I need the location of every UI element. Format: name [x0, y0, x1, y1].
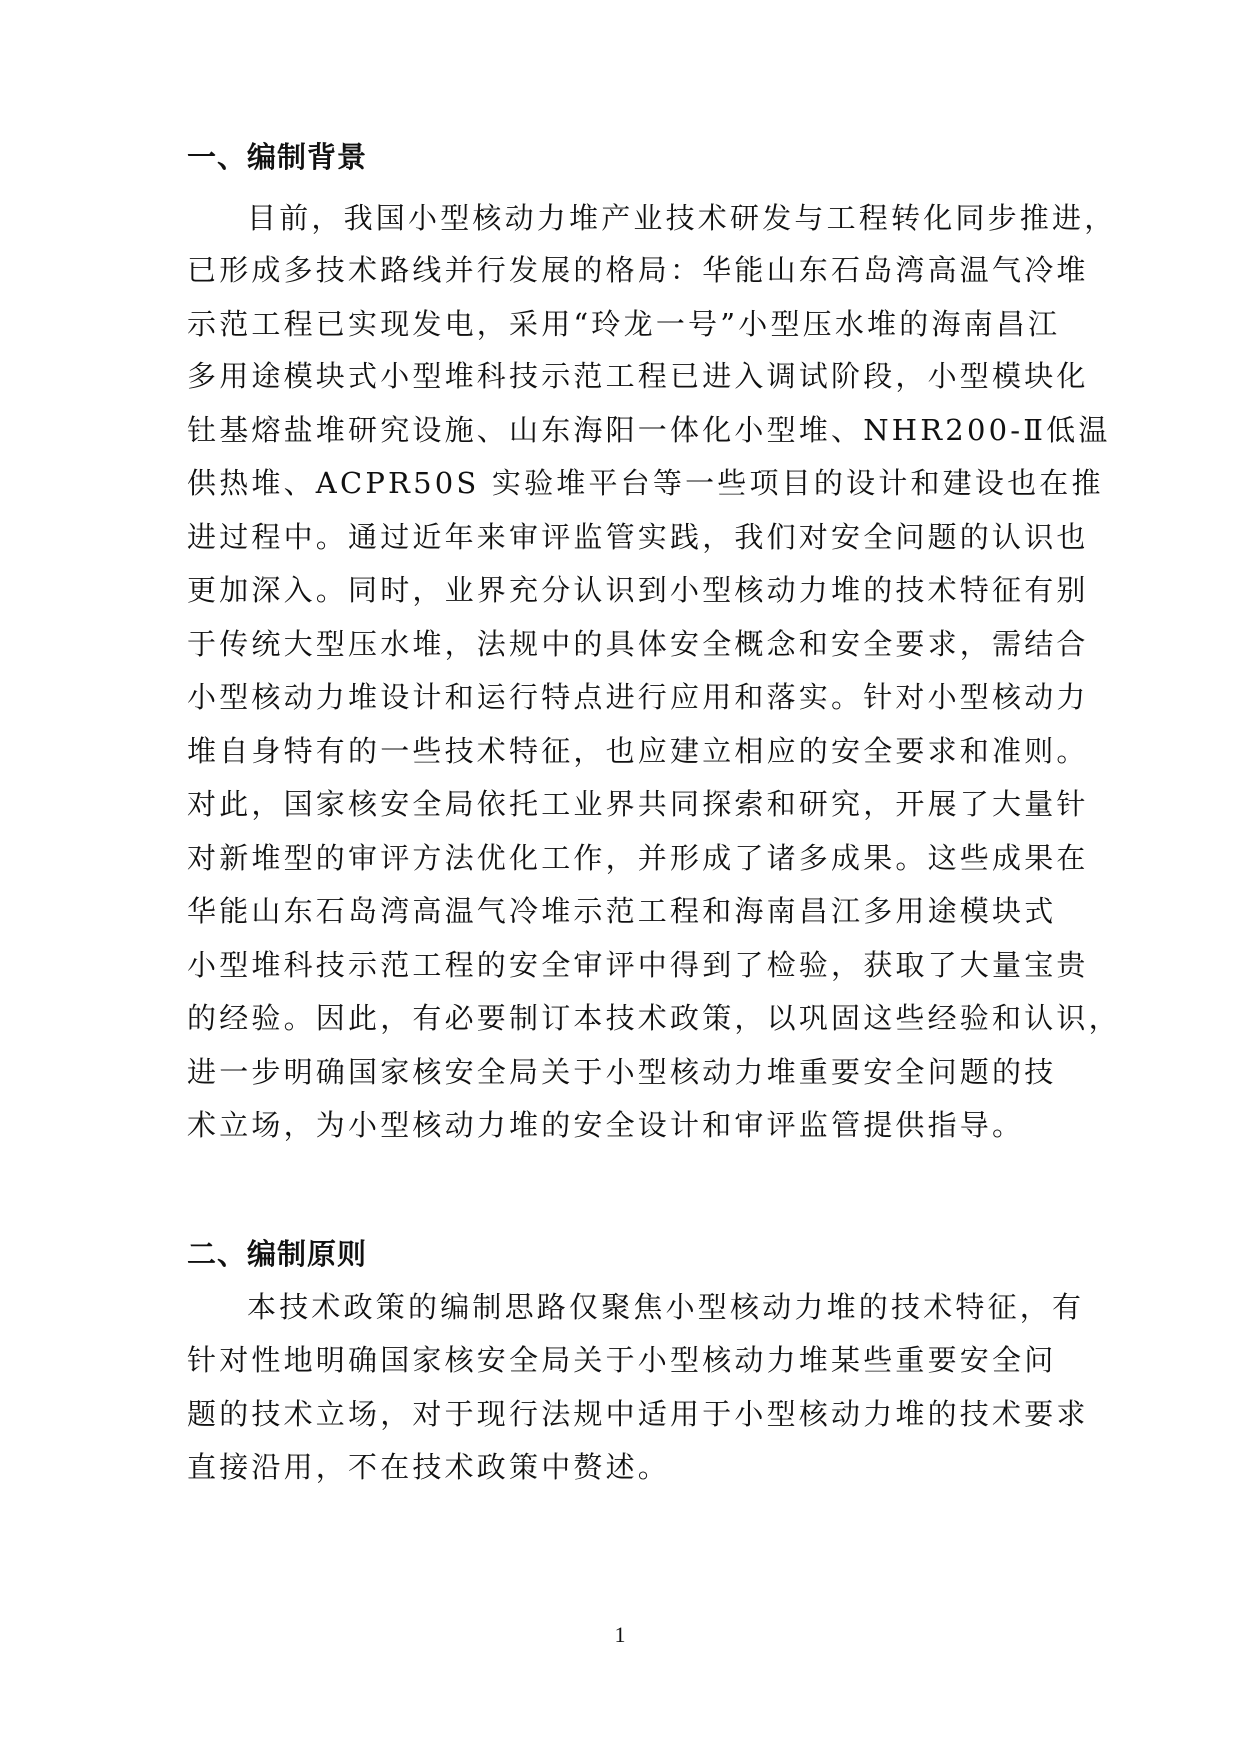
paragraph-line: 堆自身特有的一些技术特征，也应建立相应的安全要求和准则。 [187, 731, 1089, 771]
paragraph-line: 直接沿用，不在技术政策中赘述。 [187, 1447, 670, 1487]
paragraph-line: 题的技术立场，对于现行法规中适用于小型核动力堆的技术要求 [187, 1394, 1089, 1434]
paragraph-line: 针对性地明确国家核安全局关于小型核动力堆某些重要安全问 [187, 1340, 1056, 1380]
paragraph-line: 术立场，为小型核动力堆的安全设计和审评监管提供指导。 [187, 1105, 1024, 1145]
paragraph-line: 多用途模块式小型堆科技示范工程已进入调试阶段，小型模块化 [187, 356, 1089, 396]
paragraph-line: 于传统大型压水堆，法规中的具体安全概念和安全要求，需结合 [187, 624, 1089, 664]
paragraph-line: 华能山东石岛湾高温气冷堆示范工程和海南昌江多用途模块式 [187, 891, 1056, 931]
paragraph-line: 进过程中。通过近年来审评监管实践，我们对安全问题的认识也 [187, 517, 1089, 557]
paragraph-line: 供热堆、ACPR50S 实验堆平台等一些项目的设计和建设也在推 [187, 463, 1104, 503]
paragraph-line: 小型核动力堆设计和运行特点进行应用和落实。针对小型核动力 [187, 677, 1089, 717]
paragraph-line: 目前，我国小型核动力堆产业技术研发与工程转化同步推进， [247, 198, 1116, 238]
paragraph-line: 示范工程已实现发电，采用“玲龙一号”小型压水堆的海南昌江 [187, 304, 1060, 344]
document-page: 一、编制背景 目前，我国小型核动力堆产业技术研发与工程转化同步推进， 已形成多技… [0, 0, 1240, 1753]
paragraph-line: 更加深入。同时，业界充分认识到小型核动力堆的技术特征有别 [187, 570, 1089, 610]
section-heading-principles: 二、编制原则 [187, 1234, 367, 1274]
paragraph-line: 的经验。因此，有必要制订本技术政策，以巩固这些经验和认识， [187, 998, 1121, 1038]
page-number: 1 [0, 1622, 1240, 1648]
paragraph-line: 对新堆型的审评方法优化工作，并形成了诸多成果。这些成果在 [187, 838, 1089, 878]
paragraph-line: 已形成多技术路线并行发展的格局：华能山东石岛湾高温气冷堆 [187, 250, 1089, 290]
paragraph-line: 钍基熔盐堆研究设施、山东海阳一体化小型堆、NHR200-Ⅱ低温 [187, 410, 1111, 450]
paragraph-line: 对此，国家核安全局依托工业界共同探索和研究，开展了大量针 [187, 784, 1089, 824]
section-heading-background: 一、编制背景 [187, 137, 367, 177]
paragraph-line: 本技术政策的编制思路仅聚焦小型核动力堆的技术特征，有 [247, 1287, 1084, 1327]
paragraph-line: 进一步明确国家核安全局关于小型核动力堆重要安全问题的技 [187, 1052, 1056, 1092]
paragraph-line: 小型堆科技示范工程的安全审评中得到了检验，获取了大量宝贵 [187, 945, 1089, 985]
